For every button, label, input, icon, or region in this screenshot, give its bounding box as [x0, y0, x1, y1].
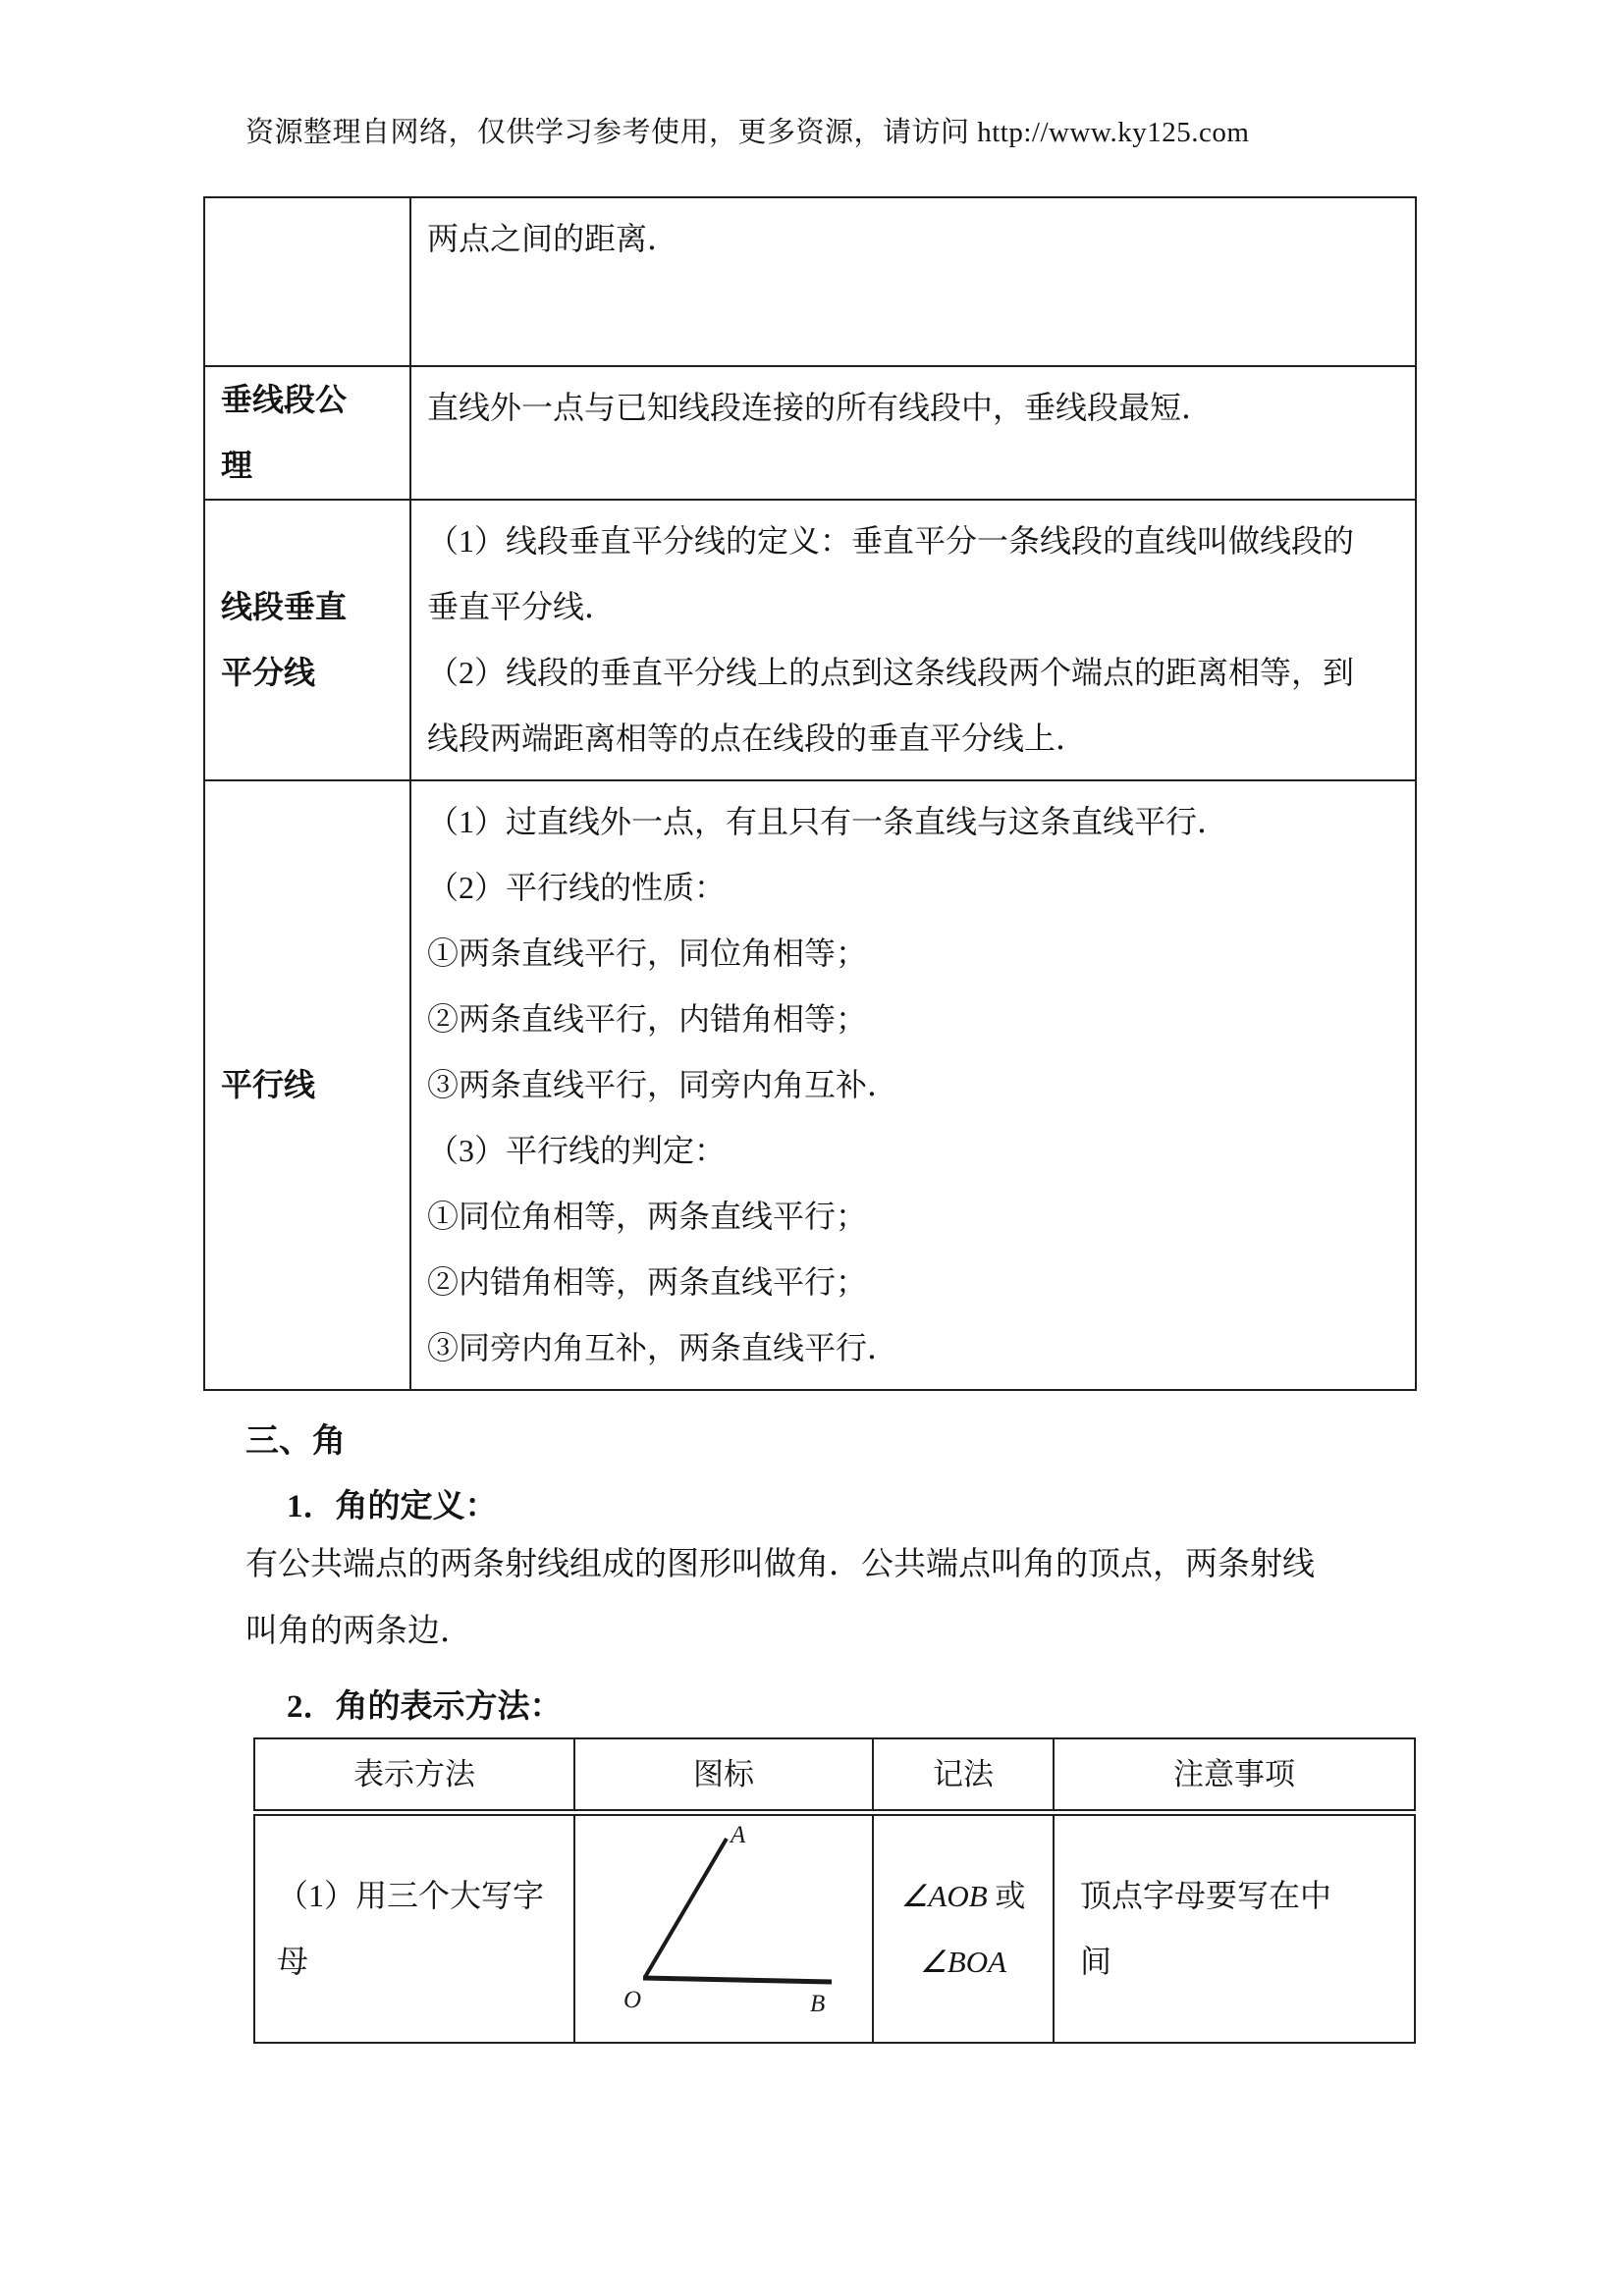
definitions-table: 两点之间的距离． 垂线段公 理 直线外一点与已知线段连接的所有线段中，垂线段最短… — [203, 196, 1417, 1391]
header-figure: 图标 — [574, 1738, 873, 1812]
term-cell-empty — [204, 197, 410, 366]
paragraph-line: 叫角的两条边． — [245, 1598, 1315, 1665]
header-note: 注意事项 — [1054, 1738, 1415, 1812]
notation-line: ∠BOA — [875, 1929, 1052, 1995]
header-notice: 资源整理自网络，仅供学习参考使用，更多资源，请访问 http://www.ky1… — [245, 110, 1249, 150]
subsection-title-notation: 2．角的表示方法： — [287, 1681, 563, 1727]
term-cell: 垂线段公 理 — [204, 366, 410, 500]
section-heading: 三、角 — [245, 1414, 346, 1462]
conjunction-text: 或 — [995, 1879, 1025, 1913]
definition-line: 垂直平分线． — [427, 574, 1397, 640]
method-cell: （1）用三个大写字 母 — [254, 1812, 574, 2043]
definition-line: （2）平行线的性质： — [427, 855, 1397, 921]
angle-diagram: A O B — [606, 1817, 841, 2018]
definition-line: （1）线段垂直平分线的定义：垂直平分一条线段的直线叫做线段的 — [427, 508, 1397, 574]
angle-ray-ob — [643, 1978, 832, 1982]
definition-line: ③两条直线平行，同旁内角互补． — [427, 1052, 1397, 1118]
definition-cell: 直线外一点与已知线段连接的所有线段中，垂线段最短． — [410, 366, 1416, 500]
angle-ray-oa — [645, 1839, 727, 1977]
document-page: 资源整理自网络，仅供学习参考使用，更多资源，请访问 http://www.ky1… — [0, 0, 1624, 2296]
table-row: 线段垂直 平分线 （1）线段垂直平分线的定义：垂直平分一条线段的直线叫做线段的 … — [204, 500, 1416, 780]
definition-cell: （1）过直线外一点，有且只有一条直线与这条直线平行． （2）平行线的性质： ①两… — [410, 780, 1416, 1390]
header-notation: 记法 — [873, 1738, 1054, 1812]
notation-line: ∠AOB 或 — [875, 1863, 1052, 1929]
definition-line: ②内错角相等，两条直线平行； — [427, 1250, 1397, 1315]
point-label-a: A — [729, 1822, 746, 1848]
term-cell: 线段垂直 平分线 — [204, 500, 410, 780]
table-row: 垂线段公 理 直线外一点与已知线段连接的所有线段中，垂线段最短． — [204, 366, 1416, 500]
term-line: 平行线 — [221, 1052, 404, 1118]
definition-cell: （1）线段垂直平分线的定义：垂直平分一条线段的直线叫做线段的 垂直平分线． （2… — [410, 500, 1416, 780]
term-line: 垂线段公 — [221, 367, 404, 433]
definition-line: ①同位角相等，两条直线平行； — [427, 1184, 1397, 1250]
definition-line: 两点之间的距离． — [427, 206, 1397, 272]
angle-definition-paragraph: 有公共端点的两条射线组成的图形叫做角．公共端点叫角的顶点，两条射线 叫角的两条边… — [245, 1531, 1315, 1665]
definition-line: 线段两端距离相等的点在线段的垂直平分线上． — [427, 706, 1397, 772]
table-header-row: 表示方法 图标 记法 注意事项 — [254, 1738, 1415, 1812]
note-line: 顶点字母要写在中 — [1080, 1863, 1394, 1929]
table-row: 两点之间的距离． — [204, 197, 1416, 366]
definition-cell: 两点之间的距离． — [410, 197, 1416, 366]
definition-line: （1）过直线外一点，有且只有一条直线与这条直线平行． — [427, 789, 1397, 855]
definition-line: 直线外一点与已知线段连接的所有线段中，垂线段最短． — [427, 375, 1397, 441]
term-line: 线段垂直 — [221, 574, 404, 640]
definition-line: ①两条直线平行，同位角相等； — [427, 921, 1397, 987]
term-cell: 平行线 — [204, 780, 410, 1390]
angle-symbol-boa: ∠BOA — [920, 1945, 1006, 1979]
definition-line: （3）平行线的判定： — [427, 1118, 1397, 1184]
term-line: 平分线 — [221, 640, 404, 706]
point-label-o: O — [623, 1987, 641, 2013]
note-cell: 顶点字母要写在中 间 — [1054, 1812, 1415, 2043]
definition-line: ②两条直线平行，内错角相等； — [427, 987, 1397, 1052]
figure-cell: A O B — [574, 1812, 873, 2043]
point-label-b: B — [810, 1991, 825, 2017]
table-row: （1）用三个大写字 母 A O B ∠AOB 或 ∠BOA 顶点字母要写在中 间 — [254, 1812, 1415, 2043]
subsection-title-definition: 1．角的定义： — [287, 1480, 498, 1526]
method-line: 母 — [277, 1929, 554, 1995]
note-line: 间 — [1080, 1929, 1394, 1995]
method-line: （1）用三个大写字 — [277, 1863, 554, 1929]
angle-notation-table: 表示方法 图标 记法 注意事项 （1）用三个大写字 母 A O B ∠AOB 或 — [253, 1737, 1416, 2044]
table-row: 平行线 （1）过直线外一点，有且只有一条直线与这条直线平行． （2）平行线的性质… — [204, 780, 1416, 1390]
notation-cell: ∠AOB 或 ∠BOA — [873, 1812, 1054, 2043]
angle-symbol-aob: ∠AOB — [901, 1879, 988, 1913]
definition-line: ③同旁内角互补，两条直线平行． — [427, 1315, 1397, 1381]
paragraph-line: 有公共端点的两条射线组成的图形叫做角．公共端点叫角的顶点，两条射线 — [245, 1531, 1315, 1598]
header-method: 表示方法 — [254, 1738, 574, 1812]
term-line: 理 — [221, 433, 404, 499]
definition-line: （2）线段的垂直平分线上的点到这条线段两个端点的距离相等，到 — [427, 640, 1397, 706]
